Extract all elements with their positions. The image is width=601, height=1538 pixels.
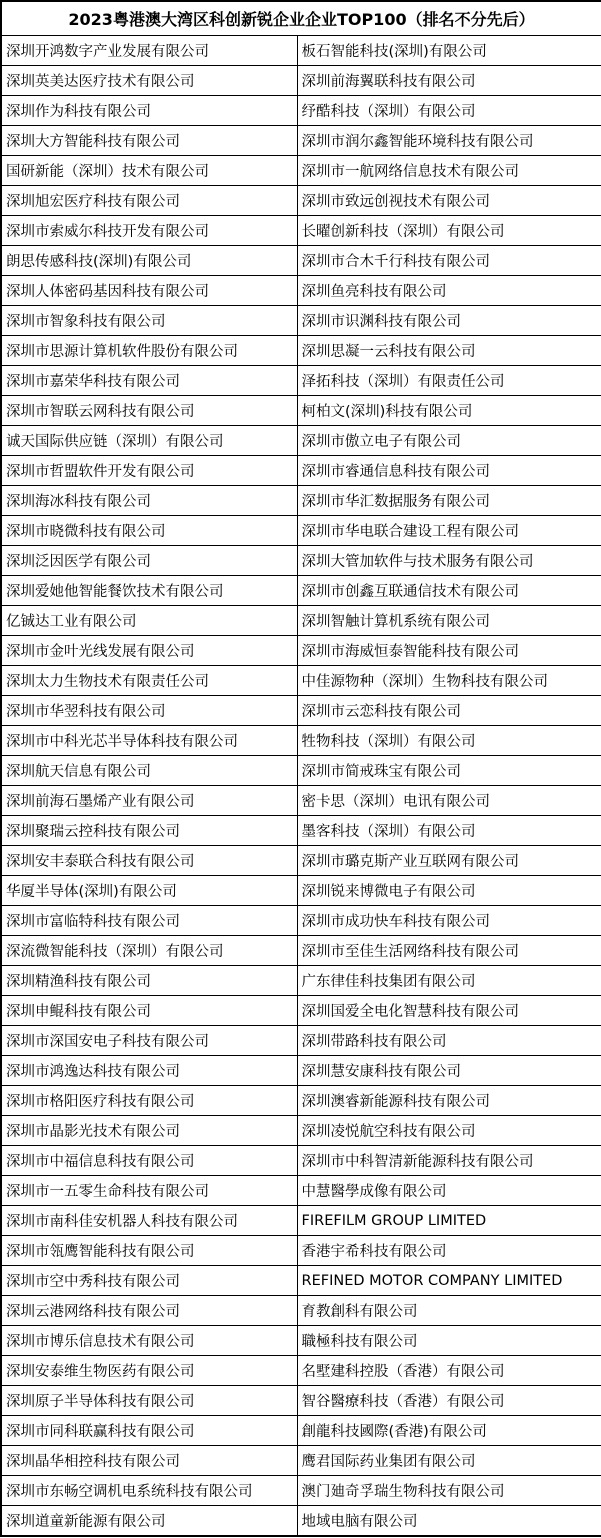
company-cell: 深圳安丰泰联合科技有限公司 bbox=[1, 846, 297, 876]
table-row: 亿铖达工业有限公司深圳智触计算机系统有限公司 bbox=[1, 606, 601, 636]
company-cell: 深圳锐来博微电子有限公司 bbox=[297, 876, 601, 906]
company-cell: REFINED MOTOR COMPANY LIMITED bbox=[297, 1266, 601, 1296]
company-cell: 深圳市格阳医疗科技有限公司 bbox=[1, 1086, 297, 1116]
company-cell: 深圳市索威尔科技开发有限公司 bbox=[1, 216, 297, 246]
table-row: 深圳市索威尔科技开发有限公司长曜创新科技（深圳）有限公司 bbox=[1, 216, 601, 246]
company-cell: 深圳大方智能科技有限公司 bbox=[1, 126, 297, 156]
company-cell: 深圳市中科智清新能源科技有限公司 bbox=[297, 1146, 601, 1176]
table-row: 深圳晶华相控科技有限公司鹰君国际药业集团有限公司 bbox=[1, 1446, 601, 1476]
table-row: 深圳市智联云网科技有限公司柯柏文(深圳)科技有限公司 bbox=[1, 396, 601, 426]
table-row: 深圳市晶影光技术有限公司深圳凌悦航空科技有限公司 bbox=[1, 1116, 601, 1146]
company-cell: 深圳原子半导体科技有限公司 bbox=[1, 1386, 297, 1416]
company-cell: 中佳源物种（深圳）生物科技有限公司 bbox=[297, 666, 601, 696]
company-cell: 牲物科技（深圳）有限公司 bbox=[297, 726, 601, 756]
company-cell: 国研新能（深圳）技术有限公司 bbox=[1, 156, 297, 186]
company-cell: 深圳智触计算机系统有限公司 bbox=[297, 606, 601, 636]
top100-table: 2023粤港澳大湾区科创新锐企业企业TOP100（排名不分先后） 深圳开鸿数字产… bbox=[0, 0, 601, 1537]
company-cell: 深圳市华电联合建设工程有限公司 bbox=[297, 516, 601, 546]
company-cell: 朗思传感科技(深圳)有限公司 bbox=[1, 246, 297, 276]
company-cell: 墨客科技（深圳）有限公司 bbox=[297, 816, 601, 846]
company-cell: 深圳市深国安电子科技有限公司 bbox=[1, 1026, 297, 1056]
table-row: 深圳聚瑞云控科技有限公司墨客科技（深圳）有限公司 bbox=[1, 816, 601, 846]
company-cell: 深圳市金叶光线发展有限公司 bbox=[1, 636, 297, 666]
company-cell: 深圳市睿通信息科技有限公司 bbox=[297, 456, 601, 486]
company-cell: 深圳泛因医学有限公司 bbox=[1, 546, 297, 576]
company-cell: 深圳市瓴鹰智能科技有限公司 bbox=[1, 1236, 297, 1266]
company-cell: 深圳市华翌科技有限公司 bbox=[1, 696, 297, 726]
table-row: 深圳人体密码基因科技有限公司深圳鱼亮科技有限公司 bbox=[1, 276, 601, 306]
company-cell: 深圳市润尔鑫智能环境科技有限公司 bbox=[297, 126, 601, 156]
company-cell: 深圳市简戒珠宝有限公司 bbox=[297, 756, 601, 786]
company-cell: 亿铖达工业有限公司 bbox=[1, 606, 297, 636]
table-row: 深圳申鲲科技有限公司深圳国爱全电化智慧科技有限公司 bbox=[1, 996, 601, 1026]
company-cell: 智谷醫療科技（香港）有限公司 bbox=[297, 1386, 601, 1416]
company-cell: 深圳市致远创视技术有限公司 bbox=[297, 186, 601, 216]
table-row: 深圳道童新能源有限公司地域电脑有限公司 bbox=[1, 1506, 601, 1537]
company-cell: 长曜创新科技（深圳）有限公司 bbox=[297, 216, 601, 246]
company-cell: 深圳市海威恒泰智能科技有限公司 bbox=[297, 636, 601, 666]
company-cell: 深圳前海翼联科技有限公司 bbox=[297, 66, 601, 96]
company-cell: 广东律佳科技集团有限公司 bbox=[297, 966, 601, 996]
company-cell: 深圳市一五零生命科技有限公司 bbox=[1, 1176, 297, 1206]
company-cell: 深圳市成功快车科技有限公司 bbox=[297, 906, 601, 936]
table-row: 深圳市瓴鹰智能科技有限公司香港宇希科技有限公司 bbox=[1, 1236, 601, 1266]
company-rows: 深圳开鸿数字产业发展有限公司板石智能科技(深圳)有限公司深圳英美达医疗技术有限公… bbox=[1, 36, 601, 1537]
company-cell: 板石智能科技(深圳)有限公司 bbox=[297, 36, 601, 66]
company-cell: 深圳市思源计算机软件股份有限公司 bbox=[1, 336, 297, 366]
table-row: 深圳海冰科技有限公司深圳市华汇数据服务有限公司 bbox=[1, 486, 601, 516]
company-cell: 密卡思（深圳）电讯有限公司 bbox=[297, 786, 601, 816]
company-cell: 深圳市晓微科技有限公司 bbox=[1, 516, 297, 546]
company-cell: 育教創科有限公司 bbox=[297, 1296, 601, 1326]
table-row: 深圳市博乐信息技术有限公司職極科技有限公司 bbox=[1, 1326, 601, 1356]
company-cell: 深圳市南科佳安机器人科技有限公司 bbox=[1, 1206, 297, 1236]
table-row: 深圳英美达医疗技术有限公司深圳前海翼联科技有限公司 bbox=[1, 66, 601, 96]
table-row: 朗思传感科技(深圳)有限公司深圳市合木千行科技有限公司 bbox=[1, 246, 601, 276]
company-cell: 深流微智能科技（深圳）有限公司 bbox=[1, 936, 297, 966]
company-cell: 深圳市识渊科技有限公司 bbox=[297, 306, 601, 336]
table-row: 深圳市中科光芯半导体科技有限公司牲物科技（深圳）有限公司 bbox=[1, 726, 601, 756]
table-row: 深圳市哲盟软件开发有限公司深圳市睿通信息科技有限公司 bbox=[1, 456, 601, 486]
company-cell: 深圳市晶影光技术有限公司 bbox=[1, 1116, 297, 1146]
table-row: 深圳市金叶光线发展有限公司深圳市海威恒泰智能科技有限公司 bbox=[1, 636, 601, 666]
company-cell: 職極科技有限公司 bbox=[297, 1326, 601, 1356]
company-cell: 深圳慧安康科技有限公司 bbox=[297, 1056, 601, 1086]
company-cell: 深圳市一航网络信息技术有限公司 bbox=[297, 156, 601, 186]
company-cell: 深圳市璐克斯产业互联网有限公司 bbox=[297, 846, 601, 876]
company-cell: 深圳航天信息有限公司 bbox=[1, 756, 297, 786]
table-row: 深圳市鸿逸达科技有限公司深圳慧安康科技有限公司 bbox=[1, 1056, 601, 1086]
company-cell: 深圳申鲲科技有限公司 bbox=[1, 996, 297, 1026]
table-row: 深圳航天信息有限公司深圳市简戒珠宝有限公司 bbox=[1, 756, 601, 786]
table-title: 2023粤港澳大湾区科创新锐企业企业TOP100（排名不分先后） bbox=[1, 1, 601, 36]
company-cell: 深圳旭宏医疗科技有限公司 bbox=[1, 186, 297, 216]
table-row: 深圳市华翌科技有限公司深圳市云恋科技有限公司 bbox=[1, 696, 601, 726]
company-cell: 深圳市创鑫互联通信技术有限公司 bbox=[297, 576, 601, 606]
company-cell: 深圳市合木千行科技有限公司 bbox=[297, 246, 601, 276]
table-row: 深圳市南科佳安机器人科技有限公司FIREFILM GROUP LIMITED bbox=[1, 1206, 601, 1236]
company-cell: 纾酷科技（深圳）有限公司 bbox=[297, 96, 601, 126]
company-cell: 深圳作为科技有限公司 bbox=[1, 96, 297, 126]
company-cell: 泽拓科技（深圳）有限责任公司 bbox=[297, 366, 601, 396]
company-cell: 深圳市傲立电子有限公司 bbox=[297, 426, 601, 456]
table-row: 深圳开鸿数字产业发展有限公司板石智能科技(深圳)有限公司 bbox=[1, 36, 601, 66]
company-cell: 深圳聚瑞云控科技有限公司 bbox=[1, 816, 297, 846]
company-cell: 名墅建科控股（香港）有限公司 bbox=[297, 1356, 601, 1386]
company-cell: 澳门廸奇孚瑞生物科技有限公司 bbox=[297, 1476, 601, 1506]
company-cell: 深圳开鸿数字产业发展有限公司 bbox=[1, 36, 297, 66]
table-row: 深流微智能科技（深圳）有限公司深圳市至佳生活网络科技有限公司 bbox=[1, 936, 601, 966]
company-cell: 深圳市东畅空调机电系统科技有限公司 bbox=[1, 1476, 297, 1506]
company-cell: 柯柏文(深圳)科技有限公司 bbox=[297, 396, 601, 426]
company-cell: 深圳市鸿逸达科技有限公司 bbox=[1, 1056, 297, 1086]
table-row: 深圳市空中秀科技有限公司REFINED MOTOR COMPANY LIMITE… bbox=[1, 1266, 601, 1296]
table-row: 深圳前海石墨烯产业有限公司密卡思（深圳）电讯有限公司 bbox=[1, 786, 601, 816]
table-row: 深圳市东畅空调机电系统科技有限公司澳门廸奇孚瑞生物科技有限公司 bbox=[1, 1476, 601, 1506]
company-cell: 深圳市嘉荣华科技有限公司 bbox=[1, 366, 297, 396]
company-cell: 深圳前海石墨烯产业有限公司 bbox=[1, 786, 297, 816]
company-cell: 华厦半导体(深圳)有限公司 bbox=[1, 876, 297, 906]
company-cell: 深圳海冰科技有限公司 bbox=[1, 486, 297, 516]
table-row: 深圳市富临特科技有限公司深圳市成功快车科技有限公司 bbox=[1, 906, 601, 936]
company-cell: 深圳大管加软件与技术服务有限公司 bbox=[297, 546, 601, 576]
table-row: 诚天国际供应链（深圳）有限公司深圳市傲立电子有限公司 bbox=[1, 426, 601, 456]
title-row: 2023粤港澳大湾区科创新锐企业企业TOP100（排名不分先后） bbox=[1, 1, 601, 36]
table-row: 深圳太力生物技术有限责任公司中佳源物种（深圳）生物科技有限公司 bbox=[1, 666, 601, 696]
company-cell: 深圳市华汇数据服务有限公司 bbox=[297, 486, 601, 516]
company-cell: 香港宇希科技有限公司 bbox=[297, 1236, 601, 1266]
table-row: 深圳市嘉荣华科技有限公司泽拓科技（深圳）有限责任公司 bbox=[1, 366, 601, 396]
company-cell: 深圳安泰维生物医药有限公司 bbox=[1, 1356, 297, 1386]
table-row: 深圳市一五零生命科技有限公司中慧醫學成像有限公司 bbox=[1, 1176, 601, 1206]
company-cell: 深圳市同科联赢科技有限公司 bbox=[1, 1416, 297, 1446]
company-cell: 深圳爱她他智能餐饮技术有限公司 bbox=[1, 576, 297, 606]
table-row: 深圳爱她他智能餐饮技术有限公司深圳市创鑫互联通信技术有限公司 bbox=[1, 576, 601, 606]
company-cell: FIREFILM GROUP LIMITED bbox=[297, 1206, 601, 1236]
company-cell: 深圳太力生物技术有限责任公司 bbox=[1, 666, 297, 696]
table-row: 深圳原子半导体科技有限公司智谷醫療科技（香港）有限公司 bbox=[1, 1386, 601, 1416]
company-cell: 深圳晶华相控科技有限公司 bbox=[1, 1446, 297, 1476]
table-row: 深圳旭宏医疗科技有限公司深圳市致远创视技术有限公司 bbox=[1, 186, 601, 216]
company-cell: 深圳云港网络科技有限公司 bbox=[1, 1296, 297, 1326]
table-row: 深圳市深国安电子科技有限公司深圳带路科技有限公司 bbox=[1, 1026, 601, 1056]
table-row: 深圳市晓微科技有限公司深圳市华电联合建设工程有限公司 bbox=[1, 516, 601, 546]
company-cell: 深圳市中福信息科技有限公司 bbox=[1, 1146, 297, 1176]
company-cell: 鹰君国际药业集团有限公司 bbox=[297, 1446, 601, 1476]
company-cell: 創龍科技國際(香港)有限公司 bbox=[297, 1416, 601, 1446]
company-cell: 深圳道童新能源有限公司 bbox=[1, 1506, 297, 1537]
table-row: 深圳市思源计算机软件股份有限公司深圳思凝一云科技有限公司 bbox=[1, 336, 601, 366]
company-cell: 深圳精渔科技有限公司 bbox=[1, 966, 297, 996]
table-row: 深圳作为科技有限公司纾酷科技（深圳）有限公司 bbox=[1, 96, 601, 126]
company-cell: 诚天国际供应链（深圳）有限公司 bbox=[1, 426, 297, 456]
company-cell: 中慧醫學成像有限公司 bbox=[297, 1176, 601, 1206]
table-row: 深圳安丰泰联合科技有限公司深圳市璐克斯产业互联网有限公司 bbox=[1, 846, 601, 876]
company-cell: 深圳市中科光芯半导体科技有限公司 bbox=[1, 726, 297, 756]
company-cell: 深圳澳睿新能源科技有限公司 bbox=[297, 1086, 601, 1116]
company-cell: 深圳市至佳生活网络科技有限公司 bbox=[297, 936, 601, 966]
company-cell: 地域电脑有限公司 bbox=[297, 1506, 601, 1537]
table-row: 深圳云港网络科技有限公司育教創科有限公司 bbox=[1, 1296, 601, 1326]
table-row: 深圳市格阳医疗科技有限公司深圳澳睿新能源科技有限公司 bbox=[1, 1086, 601, 1116]
table-row: 深圳市智象科技有限公司深圳市识渊科技有限公司 bbox=[1, 306, 601, 336]
company-cell: 深圳市哲盟软件开发有限公司 bbox=[1, 456, 297, 486]
company-cell: 深圳英美达医疗技术有限公司 bbox=[1, 66, 297, 96]
company-cell: 深圳市云恋科技有限公司 bbox=[297, 696, 601, 726]
company-cell: 深圳市空中秀科技有限公司 bbox=[1, 1266, 297, 1296]
company-cell: 深圳鱼亮科技有限公司 bbox=[297, 276, 601, 306]
company-cell: 深圳人体密码基因科技有限公司 bbox=[1, 276, 297, 306]
table-row: 深圳大方智能科技有限公司深圳市润尔鑫智能环境科技有限公司 bbox=[1, 126, 601, 156]
company-cell: 深圳市富临特科技有限公司 bbox=[1, 906, 297, 936]
table-row: 深圳市中福信息科技有限公司深圳市中科智清新能源科技有限公司 bbox=[1, 1146, 601, 1176]
company-cell: 深圳市博乐信息技术有限公司 bbox=[1, 1326, 297, 1356]
company-cell: 深圳凌悦航空科技有限公司 bbox=[297, 1116, 601, 1146]
company-cell: 深圳国爱全电化智慧科技有限公司 bbox=[297, 996, 601, 1026]
table-row: 国研新能（深圳）技术有限公司深圳市一航网络信息技术有限公司 bbox=[1, 156, 601, 186]
table-row: 深圳安泰维生物医药有限公司名墅建科控股（香港）有限公司 bbox=[1, 1356, 601, 1386]
company-cell: 深圳思凝一云科技有限公司 bbox=[297, 336, 601, 366]
table-row: 华厦半导体(深圳)有限公司深圳锐来博微电子有限公司 bbox=[1, 876, 601, 906]
table-row: 深圳市同科联赢科技有限公司創龍科技國際(香港)有限公司 bbox=[1, 1416, 601, 1446]
document-sheet: 2023粤港澳大湾区科创新锐企业企业TOP100（排名不分先后） 深圳开鸿数字产… bbox=[0, 0, 601, 1537]
company-cell: 深圳市智联云网科技有限公司 bbox=[1, 396, 297, 426]
table-row: 深圳精渔科技有限公司广东律佳科技集团有限公司 bbox=[1, 966, 601, 996]
company-cell: 深圳市智象科技有限公司 bbox=[1, 306, 297, 336]
company-cell: 深圳带路科技有限公司 bbox=[297, 1026, 601, 1056]
table-row: 深圳泛因医学有限公司深圳大管加软件与技术服务有限公司 bbox=[1, 546, 601, 576]
